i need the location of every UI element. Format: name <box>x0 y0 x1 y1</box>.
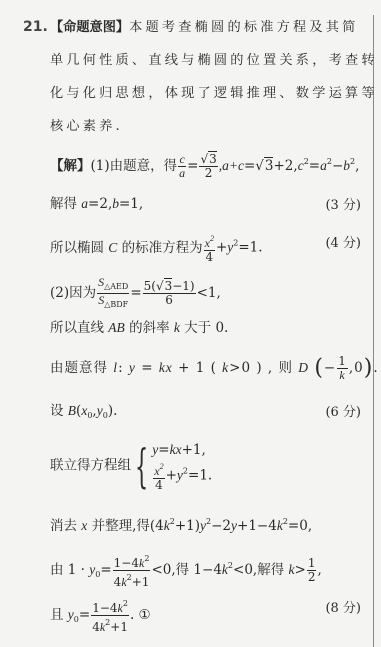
score-8: (8 分) <box>325 597 361 616</box>
score-3: (3 分) <box>325 194 361 213</box>
fraction-1-over-2: 12 <box>307 557 317 584</box>
fraction-c-over-a: ca <box>178 153 186 180</box>
score-6: (6 分) <box>325 401 361 420</box>
fraction-x2-over-4: x24 <box>204 232 215 264</box>
fraction-sqrt3-over-2: √32 <box>199 153 217 180</box>
solution-part2-line7: 由 1 · y0=1−4k24k2+1<0,得 1−4k2<0,解得 k>12, <box>50 552 322 589</box>
solution-part1-line2: 解得 a=2,b=1, <box>50 194 143 214</box>
solution-tag: 【解】 <box>50 158 91 174</box>
solution-part2-line1: (2)因为S△AEDS△BDF=5(√3−1)6<1, <box>50 276 221 311</box>
solution-part2-line3: 由题意得 l: y = kx + 1 ( k>0 ) , 则 D (−1k,0)… <box>50 355 379 382</box>
intent-tag: 【命题意图】 <box>50 20 129 35</box>
solution-part2-line6: 消去 x 并整理,得(4k2+1)y2−2y+1−4k2=0, <box>50 512 312 536</box>
problem-number: 21. <box>23 19 48 35</box>
intent-line-2: 单几何性质、直线与椭圆的位置关系，考查转 <box>50 51 378 71</box>
solution-part2-line2: 所以直线 AB 的斜率 k 大于 0. <box>50 318 228 338</box>
left-brace-icon: { <box>135 443 148 489</box>
fraction-y0-repeat: 1−4k24k2+1 <box>91 597 129 634</box>
solution-part1-line3: 所以椭圆 C 的标准方程为x24+y2=1. <box>50 232 263 264</box>
document-page: 21. 【命题意图】本题考查椭圆的标准方程及其简 单几何性质、直线与椭圆的位置关… <box>0 0 381 647</box>
intent-line-3: 化与化归思想，体现了逻辑推理、数学运算等 <box>50 84 378 104</box>
score-4: (4 分) <box>325 232 361 251</box>
solution-part2-line8: 且 y0=1−4k24k2+1. ① <box>50 597 151 634</box>
solution-part2-system: 联立得方程组{y=kx+1,x24+y2=1. <box>50 440 212 492</box>
solution-part2-line4: 设 B(x0,y0). <box>50 401 117 426</box>
fraction-y0: 1−4k24k2+1 <box>113 552 151 589</box>
intent-line-1: 【命题意图】本题考查椭圆的标准方程及其简 <box>50 18 359 38</box>
intent-line-4: 核心素养. <box>50 117 123 137</box>
fraction-1-over-k: 1k <box>337 355 348 382</box>
solution-part1-line1: 【解】(1)由题意，得ca=√32,a+c=√3+2,c2=a2−b2, <box>50 152 359 180</box>
right-margin-rule <box>373 15 374 647</box>
fraction-area-ratio: S△AEDS△BDF <box>97 276 129 311</box>
fraction-ratio-value: 5(√3−1)6 <box>143 280 196 307</box>
